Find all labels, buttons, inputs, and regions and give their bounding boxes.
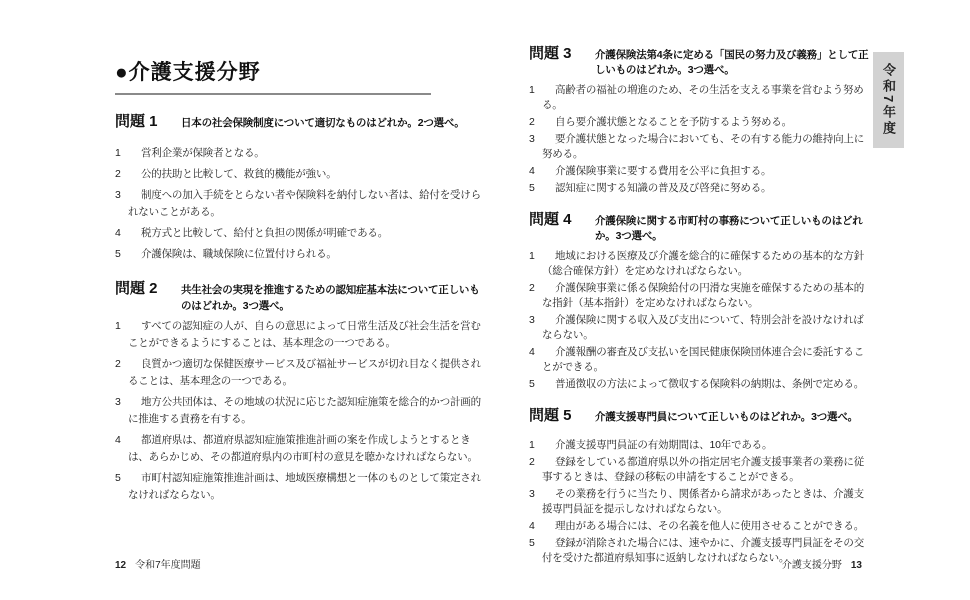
question-2: 問題 2 共生社会の実現を推進するための認知症基本法について正しいものはどれか。…	[115, 277, 481, 504]
question-number-label: 問題 5	[529, 404, 595, 425]
choice-text: 普通徴収の方法によって徴収する保険料の納期は、条例で定める。	[555, 378, 864, 390]
choice-number: 2	[529, 455, 555, 470]
footer-left: 12令和7年度問題	[115, 556, 201, 571]
choice-text: 地方公共団体は、その地域の状況に応じた認知症施策を総合的かつ計画的に推進する責務…	[128, 396, 481, 425]
footer-label: 令和7年度問題	[135, 560, 201, 571]
question-number-label: 問題 1	[115, 110, 181, 131]
choice: 3その業務を行うに当たり、関係者から請求があったときは、介護支援専門員証を提示し…	[529, 487, 873, 517]
choice-number: 3	[115, 394, 141, 411]
choice: 3制度への加入手続をとらない者や保険料を納付しない者は、給付を受けられないことが…	[115, 187, 481, 221]
choice-text: 自ら要介護状態となることを予防するよう努める。	[555, 116, 792, 128]
choice-text: 介護保険は、職域保険に位置付けられる。	[141, 248, 337, 260]
choice-text: 良質かつ適切な保健医療サービス及び福祉サービスが切れ目なく提供されることは、基本…	[128, 358, 481, 387]
choice: 2介護保険事業に係る保険給付の円滑な実施を確保するための基本的な指針（基本指針）…	[529, 281, 873, 311]
question-text: 介護支援専門員について正しいものはどれか。3つ選べ。	[595, 410, 873, 425]
choice-number: 4	[529, 164, 555, 179]
choice: 4都道府県は、都道府県認知症施策推進計画の案を作成しようとするときは、あらかじめ…	[115, 432, 481, 466]
choice-text: すべての認知症の人が、自らの意思によって日常生活及び社会生活を営むことができるよ…	[128, 320, 481, 349]
choice-text: その業務を行うに当たり、関係者から請求があったときは、介護支援専門員証を提示しな…	[542, 488, 864, 515]
choice-text: 介護保険に関する収入及び支出について、特別会計を設けなければならない。	[542, 314, 864, 341]
question-4: 問題 4 介護保険に関する市町村の事務について正しいものはどれか。3つ選べ。 1…	[529, 208, 873, 392]
choice-number: 4	[529, 519, 555, 534]
choice: 1介護支援専門員証の有効期間は、10年である。	[529, 438, 873, 453]
page-number: 12	[115, 560, 126, 571]
question-1-choices: 1営利企業が保険者となる。 2公的扶助と比較して、救貧的機能が強い。 3制度への…	[115, 145, 481, 263]
question-3-heading: 問題 3 介護保険法第4条に定める「国民の努力及び義務」として正しいものはどれか…	[529, 42, 873, 78]
question-3-choices: 1高齢者の福祉の増進のため、その生活を支える事業を営むよう努める。 2自ら要介護…	[529, 83, 873, 196]
footer-label: 介護支援分野	[782, 560, 842, 571]
choice-text: 理由がある場合には、その名義を他人に使用させることができる。	[555, 520, 864, 532]
title-rule	[115, 93, 431, 95]
choice: 1営利企業が保険者となる。	[115, 145, 481, 162]
choice: 2自ら要介護状態となることを予防するよう努める。	[529, 115, 873, 130]
question-5-heading: 問題 5 介護支援専門員について正しいものはどれか。3つ選べ。	[529, 404, 873, 425]
choice: 1高齢者の福祉の増進のため、その生活を支える事業を営むよう努める。	[529, 83, 873, 113]
choice-text: 制度への加入手続をとらない者や保険料を納付しない者は、給付を受けられないことがあ…	[128, 189, 481, 218]
choice-number: 1	[529, 83, 555, 98]
choice-text: 公的扶助と比較して、救貧的機能が強い。	[141, 168, 337, 180]
choice: 3地方公共団体は、その地域の状況に応じた認知症施策を総合的かつ計画的に推進する責…	[115, 394, 481, 428]
question-5-choices: 1介護支援専門員証の有効期間は、10年である。 2登録をしている都道府県以外の指…	[529, 438, 873, 566]
choice: 4介護保険事業に要する費用を公平に負担する。	[529, 164, 873, 179]
choice-text: 登録をしている都道府県以外の指定居宅介護支援事業者の業務に従事するときは、登録の…	[542, 456, 864, 483]
choice: 1地域における医療及び介護を総合的に確保するための基本的な方針（総合確保方針）を…	[529, 249, 873, 279]
choice-number: 5	[529, 536, 555, 551]
choice: 4税方式と比較して、給付と負担の関係が明確である。	[115, 225, 481, 242]
question-1: 問題 1 日本の社会保険制度について適切なものはどれか。2つ選べ。 1営利企業が…	[115, 110, 481, 263]
choice-number: 4	[115, 225, 141, 242]
year-tab-label: 令和7年度	[879, 63, 898, 137]
choice-text: 介護支援専門員証の有効期間は、10年である。	[555, 439, 772, 451]
question-4-choices: 1地域における医療及び介護を総合的に確保するための基本的な方針（総合確保方針）を…	[529, 249, 873, 392]
choice-text: 地域における医療及び介護を総合的に確保するための基本的な方針（総合確保方針）を定…	[542, 250, 864, 277]
choice-text: 要介護状態となった場合においても、その有する能力の維持向上に努める。	[542, 133, 864, 160]
choice: 5認知症に関する知識の普及及び啓発に努める。	[529, 181, 873, 196]
question-4-heading: 問題 4 介護保険に関する市町村の事務について正しいものはどれか。3つ選べ。	[529, 208, 873, 244]
choice-number: 3	[529, 487, 555, 502]
year-edge-tab: 令和7年度	[873, 52, 904, 148]
choice-number: 3	[115, 187, 141, 204]
choice: 3介護保険に関する収入及び支出について、特別会計を設けなければならない。	[529, 313, 873, 343]
question-number-label: 問題 3	[529, 42, 595, 63]
choice-text: 介護報酬の審査及び支払いを国民健康保険団体連合会に委託することができる。	[542, 346, 864, 373]
choice-number: 2	[115, 356, 141, 373]
question-number-label: 問題 4	[529, 208, 595, 229]
question-text: 介護保険に関する市町村の事務について正しいものはどれか。3つ選べ。	[595, 214, 873, 244]
choice: 5介護保険は、職域保険に位置付けられる。	[115, 246, 481, 263]
choice: 5普通徴収の方法によって徴収する保険料の納期は、条例で定める。	[529, 377, 873, 392]
choice-number: 3	[529, 132, 555, 147]
page-number: 13	[851, 560, 862, 571]
footer-right: 介護支援分野13	[782, 556, 862, 571]
question-3: 問題 3 介護保険法第4条に定める「国民の努力及び義務」として正しいものはどれか…	[529, 42, 873, 196]
choice-text: 営利企業が保険者となる。	[141, 147, 265, 159]
choice-number: 2	[529, 115, 555, 130]
choice-number: 1	[529, 438, 555, 453]
choice: 1すべての認知症の人が、自らの意思によって日常生活及び社会生活を営むことができる…	[115, 318, 481, 352]
section-title: ●介護支援分野	[115, 56, 481, 86]
question-text: 共生社会の実現を推進するための認知症基本法について正しいものはどれか。3つ選べ。	[181, 282, 481, 314]
question-text: 日本の社会保険制度について適切なものはどれか。2つ選べ。	[181, 115, 481, 131]
choice: 2公的扶助と比較して、救貧的機能が強い。	[115, 166, 481, 183]
question-1-heading: 問題 1 日本の社会保険制度について適切なものはどれか。2つ選べ。	[115, 110, 481, 131]
choice-number: 3	[529, 313, 555, 328]
choice-text: 市町村認知症施策推進計画は、地域医療構想と一体のものとして策定されなければならな…	[128, 472, 481, 501]
choice-number: 2	[529, 281, 555, 296]
choice-number: 1	[529, 249, 555, 264]
choice-text: 介護保険事業に要する費用を公平に負担する。	[555, 165, 771, 177]
choice-text: 認知症に関する知識の普及及び啓発に努める。	[555, 182, 771, 194]
choice-number: 5	[115, 470, 141, 487]
choice: 4理由がある場合には、その名義を他人に使用させることができる。	[529, 519, 873, 534]
choice: 2良質かつ適切な保健医療サービス及び福祉サービスが切れ目なく提供されることは、基…	[115, 356, 481, 390]
choice: 2登録をしている都道府県以外の指定居宅介護支援事業者の業務に従事するときは、登録…	[529, 455, 873, 485]
choice-text: 都道府県は、都道府県認知症施策推進計画の案を作成しようとするときは、あらかじめ、…	[128, 434, 478, 463]
page-right: 問題 3 介護保険法第4条に定める「国民の努力及び義務」として正しいものはどれか…	[529, 42, 873, 578]
choice: 3要介護状態となった場合においても、その有する能力の維持向上に努める。	[529, 132, 873, 162]
question-5: 問題 5 介護支援専門員について正しいものはどれか。3つ選べ。 1介護支援専門員…	[529, 404, 873, 566]
choice-text: 介護保険事業に係る保険給付の円滑な実施を確保するための基本的な指針（基本指針）を…	[542, 282, 864, 309]
choice-number: 1	[115, 318, 141, 335]
page-left: ●介護支援分野 問題 1 日本の社会保険制度について適切なものはどれか。2つ選べ…	[115, 56, 481, 518]
choice-number: 1	[115, 145, 141, 162]
choice-number: 5	[115, 246, 141, 263]
choice: 5市町村認知症施策推進計画は、地域医療構想と一体のものとして策定されなければなら…	[115, 470, 481, 504]
question-2-heading: 問題 2 共生社会の実現を推進するための認知症基本法について正しいものはどれか。…	[115, 277, 481, 314]
choice-number: 5	[529, 377, 555, 392]
choice-number: 4	[529, 345, 555, 360]
question-text: 介護保険法第4条に定める「国民の努力及び義務」として正しいものはどれか。3つ選べ…	[595, 48, 873, 78]
question-2-choices: 1すべての認知症の人が、自らの意思によって日常生活及び社会生活を営むことができる…	[115, 318, 481, 504]
question-number-label: 問題 2	[115, 277, 181, 298]
choice: 4介護報酬の審査及び支払いを国民健康保険団体連合会に委託することができる。	[529, 345, 873, 375]
choice-number: 5	[529, 181, 555, 196]
choice-number: 4	[115, 432, 141, 449]
choice-text: 税方式と比較して、給付と負担の関係が明確である。	[141, 227, 388, 239]
choice-text: 高齢者の福祉の増進のため、その生活を支える事業を営むよう努める。	[542, 84, 864, 111]
choice-number: 2	[115, 166, 141, 183]
